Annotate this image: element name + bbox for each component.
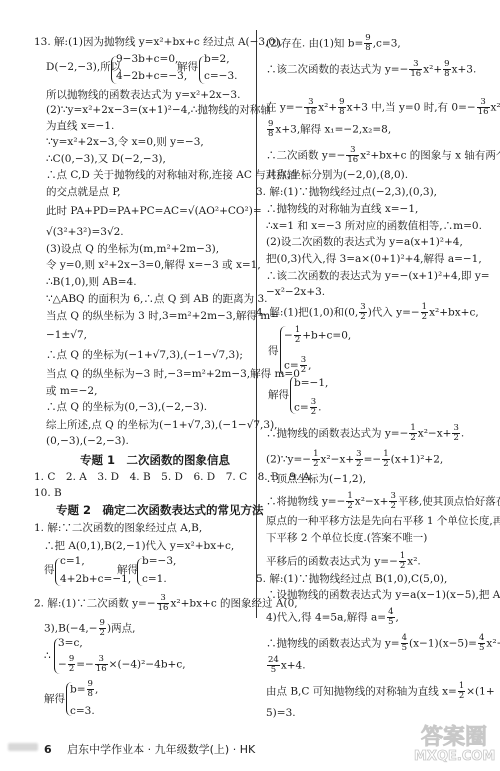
q13-line: (2)∵y=x²+2x−3=(x+1)²−4,∴抛物线的对称轴 xyxy=(46,103,271,117)
q4-line: 4. 解:(1)把(1,0)和(0,32)代入 y=−12x²+bx+c, xyxy=(256,303,479,322)
q4-line: ∴抛物线的函数表达式为 y=−12x²−x+32. xyxy=(266,424,464,443)
q13-solution: c=−3. xyxy=(204,69,238,83)
q3-line: ∴x=1 和 x=−3 所对应的函数值相等,∴m=0. xyxy=(266,219,482,233)
topic-2-q2-solution: c=3. xyxy=(70,704,95,718)
q4-line: ∴顶点坐标为(−1,2), xyxy=(266,472,366,486)
q2-line: 共点,坐标分别为(−2,0),(8,0). xyxy=(266,168,408,182)
q4-system: −12+b+c=0, xyxy=(284,326,351,345)
q13-line: D(−2,−3),所以 xyxy=(46,60,121,74)
watermark-text: 答案圈 xyxy=(414,726,494,750)
watermark-logo: 答案圈 MXQE.COM xyxy=(414,726,494,764)
get-label: 得 xyxy=(44,563,55,577)
page-number: 6 xyxy=(44,743,52,756)
topic-1-heading: 专题 1 二次函数的图象信息 xyxy=(80,452,230,468)
q3-line: 把(0,3)代入,得 3=a×(0+1)²+4,解得 a=−1, xyxy=(266,252,482,266)
topic-2-q2-solution: b=98, xyxy=(70,680,98,699)
q5-line: 5)=3. xyxy=(266,706,296,720)
q4-line: ∴将抛物线 y=−12x²−x+32平移,使其顶点恰好落在 xyxy=(266,492,500,511)
book-title: 启东中学作业本 · 九年级数学(上) · HK xyxy=(67,743,255,756)
get-label: 得 xyxy=(268,344,279,358)
q2-line: 在 y=−316x²+98x+3 中,当 y=0 时,有 0=−316x²+ xyxy=(266,98,500,117)
q5-line: 4)代入,得 4=5a,解得 a=45, xyxy=(266,608,399,627)
column-divider xyxy=(256,30,257,618)
q13-line: ∴C(0,−3),又 D(−2,−3), xyxy=(46,152,166,166)
q4-system: c=32, xyxy=(284,356,311,375)
q13-line: 的交点就是点 P, xyxy=(46,185,121,199)
q13-line: (0,−3),(−2,−3). xyxy=(46,434,129,448)
q3-line: 3. 解:(1)∵抛物线经过点(−2,3),(0,3), xyxy=(256,185,437,199)
q13-line: 所以抛物线的函数表达式为 y=x²+2x−3. xyxy=(46,88,240,102)
text: 2. 解:(1)∵二次函数 y=− xyxy=(34,598,156,610)
q13-line: ∴B(1,0),则 AB=4. xyxy=(46,275,137,289)
therefore-symbol: ∴ xyxy=(44,649,51,663)
q13-line: (3)设点 Q 的坐标为(m,m²+2m−3), xyxy=(46,242,219,256)
q4-line: 原点的一种平移方法是先向右平移 1 个单位长度,再向 xyxy=(266,514,500,528)
text: )两点, xyxy=(107,623,135,635)
q2-line: (2)存在. 由(1)知 b=98,c=3, xyxy=(266,34,401,53)
solve-label: 解得 xyxy=(268,388,289,402)
topic-2-q1-system: c=1, xyxy=(60,554,85,568)
q5-line: 由点 B,C 可知抛物线的对称轴为直线 x=12×(1+ xyxy=(266,682,495,701)
q13-line: ∵△ABQ 的面积为 6,∴点 Q 到 AB 的距离为 3. xyxy=(46,292,267,306)
fraction: 92 xyxy=(99,619,106,638)
solve-label: 解得 xyxy=(117,563,138,577)
topic-2-q1-line: 1. 解:∵二次函数的图象经过点 A,B, xyxy=(34,521,202,535)
q13-line: ∴点 Q 的坐标为(−1+√7,3),(−1−√7,3); xyxy=(46,348,243,362)
q5-line: 5. 解:(1)∵抛物线经过点 B(1,0),C(5,0), xyxy=(256,572,447,586)
topic-2-q1-solution: c=1. xyxy=(142,572,167,586)
q3-line: ∴该二次函数的表达式为 y=−(x+1)²+4,即 y= xyxy=(266,269,490,283)
page-footer: 6 启东中学作业本 · 九年级数学(上) · HK xyxy=(44,741,255,757)
topic-2-heading: 专题 2 确定二次函数表达式的常见方法 xyxy=(56,502,264,518)
q13-line: 13. 解:(1)因为抛物线 y=x²+bx+c 经过点 A(−3,0), xyxy=(34,35,283,49)
q2-line: 98x+3,解得 x₁=−2,x₂=8, xyxy=(266,120,391,139)
q13-line: ∵y=x²+2x−3,令 x=0,则 y=−3, xyxy=(46,135,204,149)
solve-label: 解得 xyxy=(44,692,65,706)
q5-line: 245x+4. xyxy=(266,656,306,675)
q13-line: 当点 Q 的纵坐标为−3 时,−3=m²+2m−3,解得 m=0 xyxy=(46,367,300,381)
fraction: 316 xyxy=(157,594,170,613)
q13-solution: b=2, xyxy=(204,52,230,66)
text: 3),B(−4,− xyxy=(44,623,98,635)
q4-solution: b=−1, xyxy=(294,376,328,390)
q13-line: ∴点 Q 的坐标为(0,−3),(−2,−3). xyxy=(46,400,207,414)
q2-line: ∴二次函数 y=−316x²+bx+c 的图象与 x 轴有两个公 xyxy=(266,146,500,165)
topic-2-q2-line: 2. 解:(1)∵二次函数 y=−316x²+bx+c 的图象经过 A(0, xyxy=(34,594,298,613)
topic-2-q2-system: −92=−316×(−4)²−4b+c, xyxy=(58,655,186,674)
q3-line: ∴抛物线的对称轴为直线 x=−1, xyxy=(266,202,418,216)
blurred-footer-mark xyxy=(8,743,38,751)
q13-system-eq: 9−3b+c=0, xyxy=(116,52,178,66)
q4-line: (2)∵y=−12x²−x+32=−12(x+1)²+2, xyxy=(266,450,443,469)
topic-2-q1-line: ∴把 A(0,1),B(2,−1)代入 y=x²+bx+c, xyxy=(44,539,234,553)
q3-line: −x²−2x+3. xyxy=(266,285,325,299)
q4-line: 平移后的函数表达式为 y=−12x². xyxy=(266,552,421,571)
q13-line: √(3²+3²)=3√2. xyxy=(46,225,124,239)
q4-line: 下平移 2 个单位长度.(答案不唯一) xyxy=(266,531,427,545)
watermark-url: MXQE.COM xyxy=(414,750,494,764)
q13-line: ∴点 C,D 关于抛物线的对称轴对称,连接 AC 与对称轴 xyxy=(46,168,297,182)
q13-line: 当点 Q 的纵坐标为 3 时,3=m²+2m−3,解得 m= xyxy=(46,309,279,323)
solve-label: 解得 xyxy=(177,60,198,74)
q13-line: 为直线 x=−1. xyxy=(46,119,114,133)
q13-line: 此时 PA+PD=PA+PC=AC=√(AO²+CO²)= xyxy=(46,204,262,218)
q2-line: ∴该二次函数的表达式为 y=−316x²+98x+3. xyxy=(266,60,476,79)
q13-line: 或 m=−2, xyxy=(46,384,97,398)
q13-line: 综上所述,点 Q 的坐标为(−1+√7,3),(−1−√7,3), xyxy=(46,418,278,432)
q5-line: ∴设抛物线的函数表达式为 y=a(x−1)(x−5),把 A(0, xyxy=(266,588,500,602)
q13-line: −1±√7, xyxy=(46,328,87,342)
topic-2-q1-solution: b=−3, xyxy=(142,554,176,568)
q4-solution: c=32. xyxy=(294,398,321,417)
topic-1-answers: 10. B xyxy=(34,486,62,500)
q13-line: 令 y=0,则 x²+2x−3=0,解得 x=−3 或 x=1, xyxy=(46,258,261,272)
q5-line: ∴抛物线的函数表达式为 y=45(x−1)(x−5)=45x²− xyxy=(266,634,500,653)
topic-2-q2-system: 3=c, xyxy=(58,636,83,650)
q3-line: (2)设二次函数的表达式为 y=a(x+1)²+4, xyxy=(266,235,463,249)
